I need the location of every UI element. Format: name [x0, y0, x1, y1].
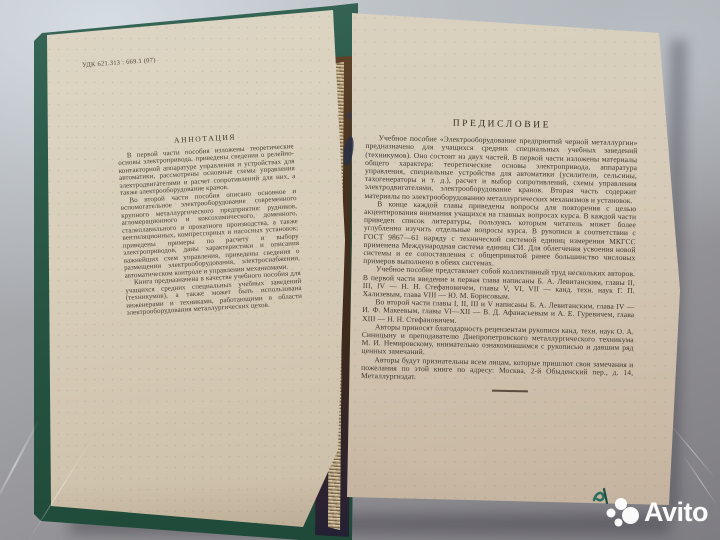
annotation-block: АННОТАЦИЯ В первой части пособия изложен…: [117, 130, 303, 317]
table-scratch: [0, 421, 39, 510]
avito-dots-icon: [604, 496, 640, 528]
preface-paragraph: Авторы будут признательны всем лицам, ко…: [361, 356, 633, 386]
ink-dot: [347, 112, 351, 119]
preface-block: ПРЕДИСЛОВИЕ Учебное пособие «Электрообор…: [361, 118, 638, 385]
preface-paragraph: Учебное пособие «Электрооборудование пре…: [364, 134, 637, 205]
book-photo-scene: УДК 621.313 : 669.1 (07) АННОТАЦИЯ В пер…: [0, 0, 720, 540]
preface-paragraph: В конце каждой главы приведены вопросы д…: [363, 200, 636, 271]
avito-watermark: Avito: [604, 496, 708, 528]
avito-wordmark: Avito: [644, 496, 708, 528]
annotation-paragraph: Во второй части пособия описано основное…: [120, 188, 300, 280]
